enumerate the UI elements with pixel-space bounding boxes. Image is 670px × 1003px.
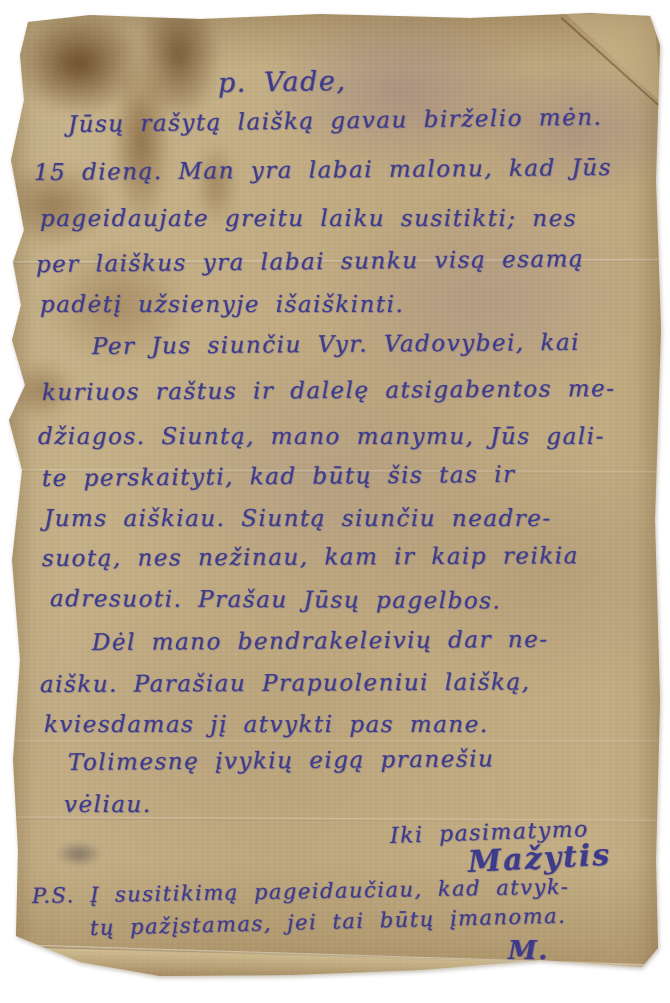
ink-smudge — [46, 836, 112, 872]
letter-line: aišku. Parašiau Prapuoleniui laišką, — [40, 669, 531, 698]
paper-sheet: p. Vade, Jūsų rašytą laišką gavau biržel… — [0, 0, 670, 1003]
letter-line: kviesdamas jį atvykti pas mane. — [44, 712, 489, 738]
letter-photo: p. Vade, Jūsų rašytą laišką gavau biržel… — [0, 0, 670, 1003]
letter-line: 15 dieną. Man yra labai malonu, kad Jūs — [34, 155, 612, 186]
letter-line: Dėl mano bendrakeleivių dar ne- — [92, 627, 549, 656]
postscript-initial: M. — [508, 936, 549, 966]
letter-line: suotą, nes nežinau, kam ir kaip reikia — [42, 543, 579, 572]
letter-line: kuriuos raštus ir dalelę atsigabentos me… — [42, 376, 616, 406]
salutation: p. Vade, — [218, 66, 347, 99]
letter-line: padėtį užsienyje išaiškinti. — [40, 292, 404, 318]
letter-line: te perskaityti, kad būtų šis tas ir — [42, 462, 516, 492]
letter-line: Per Jus siunčiu Vyr. Vadovybei, kai — [92, 330, 580, 360]
letter-line: Tolimesnę įvykių eigą pranešiu — [68, 746, 495, 776]
signature: Mažytis — [467, 838, 612, 880]
letter-line: džiagos. Siuntą, mano manymu, Jūs gali- — [38, 424, 605, 450]
letter-line: Jums aiškiau. Siuntą siunčiu neadre- — [44, 506, 552, 532]
paper-shadow: p. Vade, Jūsų rašytą laišką gavau biržel… — [0, 0, 670, 1003]
letter-line: vėliau. — [64, 792, 152, 818]
letter-line: adresuoti. Prašau Jūsų pagelbos. — [50, 586, 501, 614]
letter-line: pageidaujate greitu laiku susitikti; nes — [40, 206, 577, 232]
